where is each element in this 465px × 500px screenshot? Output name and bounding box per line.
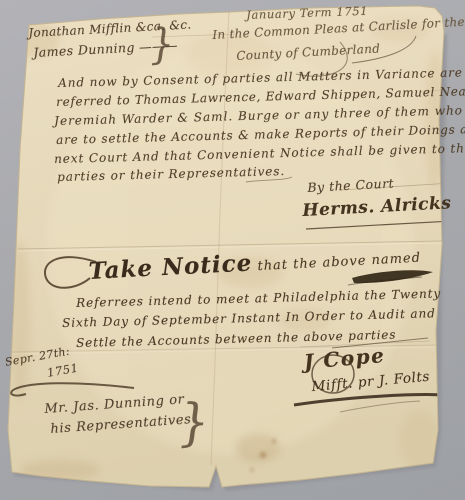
address-brace: } — [177, 392, 211, 452]
caption-brace: } — [149, 19, 175, 68]
scanned-manuscript-document: Jonathan Mifflin &ca. &c. James Dunning … — [0, 0, 465, 500]
